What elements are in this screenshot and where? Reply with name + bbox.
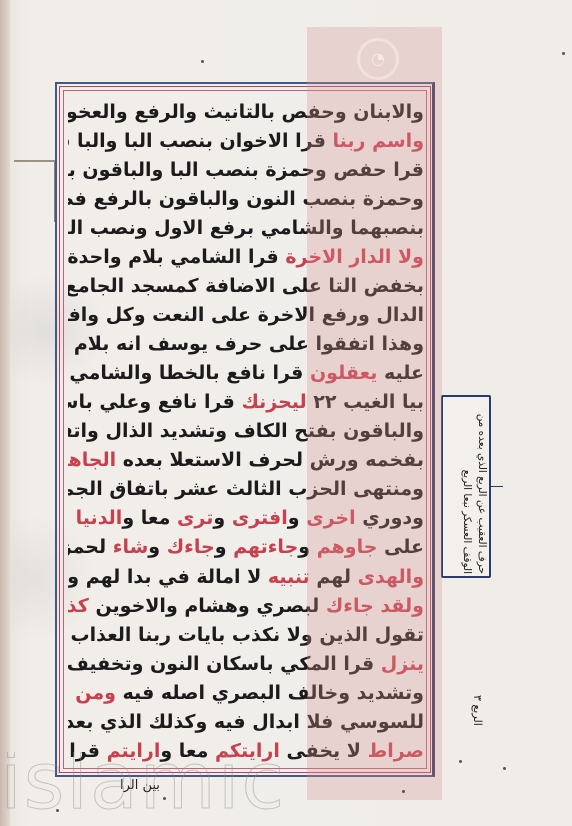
margin-note-box: حرف العقيب عن الربع الذي بعده من الوقف ا… [441,395,491,578]
margin-note-pointer-line [491,486,503,487]
page-spine-edge [0,0,10,826]
rubric-word: ليحزنك [241,391,306,413]
text-segment: لهم وبصر [68,507,76,529]
text-segment: و [148,536,166,558]
margin-note-text: حرف العقيب عن الربع الذي بعده من الوقف ا… [441,397,491,580]
rubric-word: الجاهلين [68,449,116,471]
rubric-word: ترى [177,507,213,529]
rubric-word: تنبيه [268,566,310,588]
text-segment: لبصري وهشام والاخوين [89,595,326,617]
text-segment: و [288,507,306,529]
paper-speck [459,760,462,763]
watermark-overlay-band [307,27,442,800]
text-segment: قرا نافع بالخطا والشامي وحفص بتا الخطاب … [68,362,310,384]
rubric-word: ومن يشا يجعله [68,682,116,704]
paper-speck [201,60,204,63]
watermark-text: islamic [0,752,420,812]
rubric-word: جاءك [167,536,215,558]
text-segment: و [215,536,233,558]
paper-speck [562,52,565,55]
paper-speck [402,790,405,793]
side-marginal-note: الربع ٣ [470,682,484,726]
watermark-logo-icon: ◔ [357,38,399,80]
text-segment: قرا الشامي بلام واحدة وتخفيف الدال والاخ… [68,246,285,268]
rubric-word: جاءتهم [233,536,298,558]
text-segment: لا امالة في بدا لهم واوي المدغم [68,566,268,588]
rubric-word: شاء [113,536,149,558]
text-segment: لحمزة وابن ذكوان [68,536,113,558]
rubric-word: كذ [68,595,89,617]
rubric-word: افترى [232,507,288,529]
rubric-word: الدنيا [76,507,123,529]
paper-speck [503,767,506,770]
text-segment: و [213,507,231,529]
text-segment: معا و [122,507,177,529]
paper-speck [56,809,59,812]
ink-stain [14,160,57,222]
paper-speck [163,797,166,800]
text-segment: قرا الاخوان بنصب البا والبا قون بالخفض [68,130,333,152]
text-segment: قرا نافع وعلي باسكان الكاف وتخفيف الذال [68,391,241,413]
